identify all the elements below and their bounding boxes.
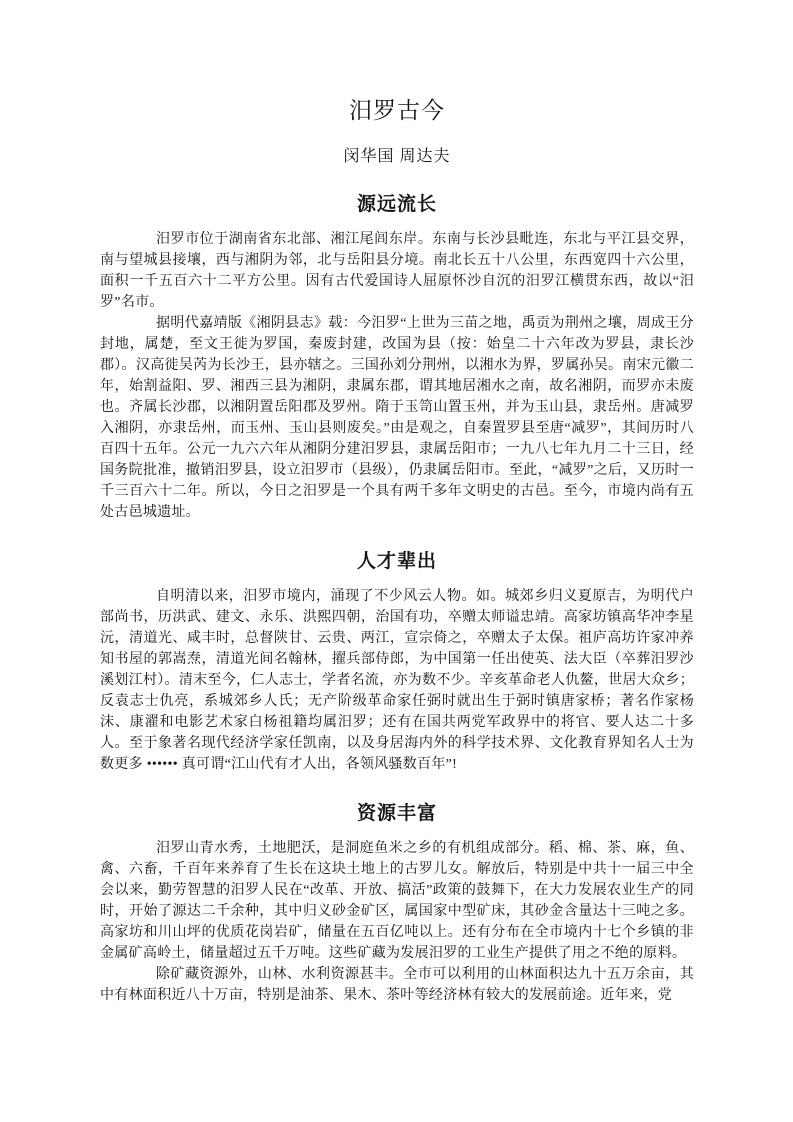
- section-long-history: 源远流长 汨罗市位于湖南省东北部、湘江尾闾东岸。东南与长沙县毗连，东北与平江县交…: [100, 189, 694, 523]
- document-title: 汨罗古今: [100, 96, 694, 126]
- section-rich-resources: 资源丰富 汨罗山青水秀，土地肥沃，是洞庭鱼米之乡的有机组成部分。稻、棉、茶、麻，…: [100, 798, 694, 1006]
- paragraph-forest-water-resources: 除矿藏资源外，山林、水利资源甚丰。全市可以利用的山林面积达九十五万余亩，其中有林…: [100, 964, 694, 1006]
- section-heading-rich-resources: 资源丰富: [100, 798, 694, 825]
- paragraph-historical-record: 据明代嘉靖版《湘阴县志》载：今汨罗“上世为三苗之地，禹贡为荆州之壤，周成王分封地…: [100, 313, 694, 523]
- section-talented-people: 人才辈出 自明清以来，汨罗市境内，涌现了不少风云人物。如。城郊乡归义夏原吉，为明…: [100, 546, 694, 775]
- document-page: 汨罗古今 闵华国 周达夫 源远流长 汨罗市位于湖南省东北部、湘江尾闾东岸。东南与…: [0, 0, 793, 1122]
- paragraph-notable-figures: 自明清以来，汨罗市境内，涌现了不少风云人物。如。城郊乡归义夏原吉，为明代户部尚书…: [100, 586, 694, 775]
- document-authors: 闵华国 周达夫: [100, 143, 694, 166]
- paragraph-mineral-resources: 汨罗山青水秀，土地肥沃，是洞庭鱼米之乡的有机组成部分。稻、棉、茶、麻，鱼、禽、六…: [100, 838, 694, 964]
- section-heading-long-history: 源远流长: [100, 189, 694, 216]
- document-content: 汨罗古今 闵华国 周达夫 源远流长 汨罗市位于湖南省东北部、湘江尾闾东岸。东南与…: [0, 0, 793, 1006]
- paragraph-location-geography: 汨罗市位于湖南省东北部、湘江尾闾东岸。东南与长沙县毗连，东北与平江县交界，南与望…: [100, 229, 694, 313]
- section-heading-talented-people: 人才辈出: [100, 546, 694, 573]
